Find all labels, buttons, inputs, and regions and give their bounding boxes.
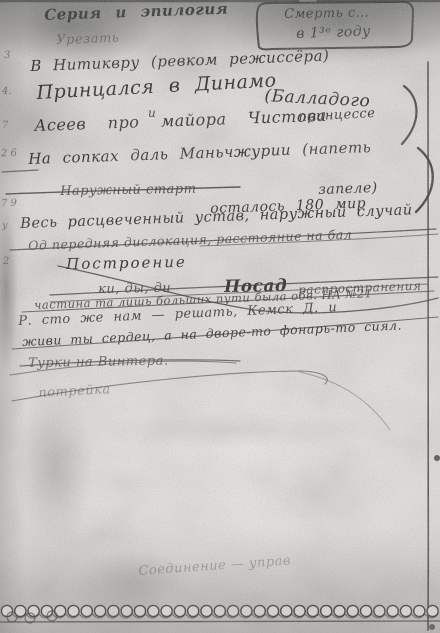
- handwritten-line: На сопках даль Маньчжурии (напеть: [28, 138, 372, 168]
- faint-footer-note: Соединение — управ: [138, 553, 291, 579]
- handwritten-line-struck: потрейка: [38, 382, 111, 401]
- handwritten-line-struck: Од передняя дислокация, расстояние на ба…: [28, 227, 352, 253]
- handwritten-line: В Нитиквру (ревком режиссёра): [30, 47, 330, 75]
- handwritten-line-struck: Построение: [66, 253, 187, 273]
- boxed-note-line1: Смерть с…: [284, 6, 369, 22]
- handwriting-layer: Серия и эпилогия Смерть с… в 1³ᵉ году Ур…: [0, 0, 440, 633]
- title-line: Серия и эпилогия: [44, 0, 228, 24]
- manuscript-page: Серия и эпилогия Смерть с… в 1³ᵉ году Ур…: [0, 0, 440, 633]
- interlinear-insert: и: [148, 106, 156, 120]
- handwritten-line: Принцался в Динамо: [36, 69, 277, 104]
- margin-mark: 4.: [2, 86, 12, 97]
- handwritten-line-struck: Наружный старт: [60, 182, 197, 199]
- margin-mark: 7: [2, 120, 9, 131]
- margin-mark: у: [2, 220, 8, 231]
- margin-mark: 3: [4, 50, 11, 61]
- margin-mark: 2 6: [1, 148, 17, 160]
- margin-mark: 2: [3, 256, 10, 267]
- margin-mark: 7 9: [1, 198, 17, 210]
- boxed-note-line2: в 1³ᵉ году: [296, 23, 371, 42]
- handwritten-line: Асеев про майора Чистова: [34, 106, 327, 135]
- handwritten-line: Урезать: [56, 31, 120, 48]
- handwritten-line-struck: Турки на Винтера.: [28, 354, 169, 371]
